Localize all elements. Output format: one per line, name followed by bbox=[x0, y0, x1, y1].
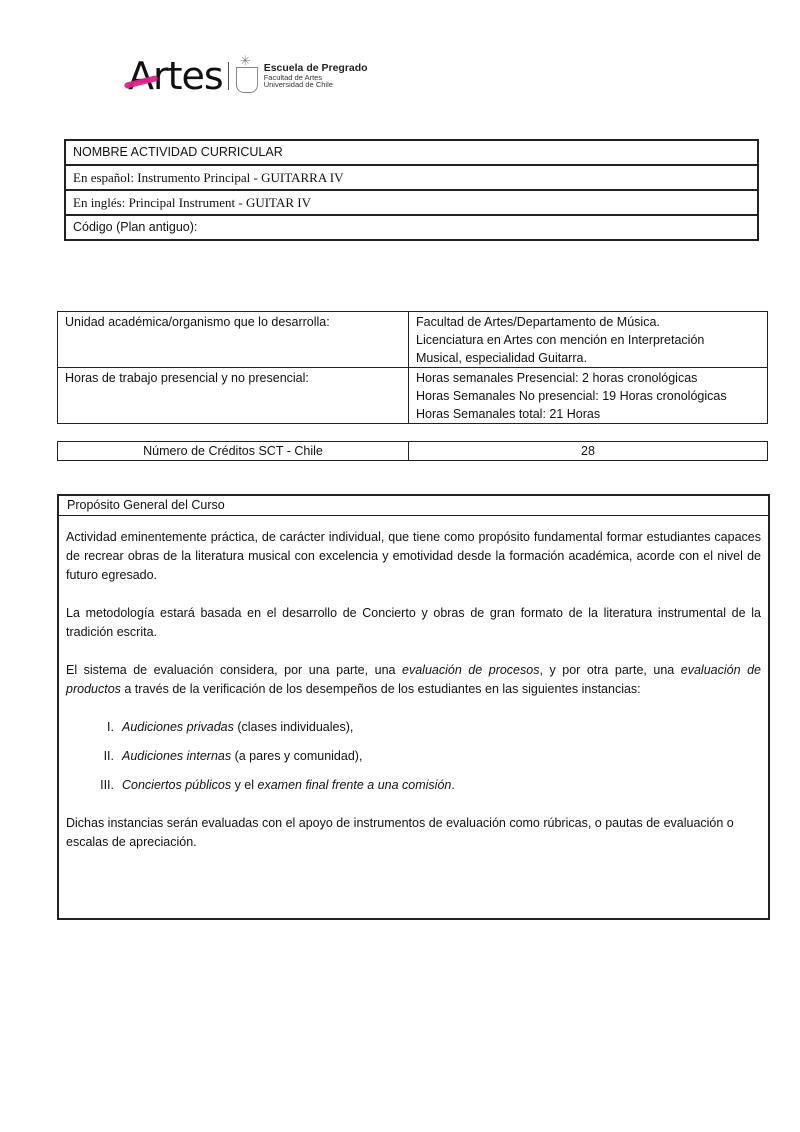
purpose-title: Propósito General del Curso bbox=[59, 496, 768, 516]
horas-label: Horas de trabajo presencial y no presenc… bbox=[58, 368, 409, 424]
course-name-title: NOMBRE ACTIVIDAD CURRICULAR bbox=[65, 140, 758, 165]
horas-line: Horas semanales Presencial: 2 horas cron… bbox=[416, 369, 760, 387]
course-name-spanish: En español: Instrumento Principal - GUIT… bbox=[65, 165, 758, 190]
purpose-paragraph-4: Dichas instancias serán evaluadas con el… bbox=[66, 814, 761, 852]
purpose-body: Actividad eminentemente práctica, de car… bbox=[59, 516, 768, 852]
horas-value: Horas semanales Presencial: 2 horas cron… bbox=[409, 368, 768, 424]
logo-divider bbox=[228, 62, 229, 90]
logo-word: Artes bbox=[128, 54, 223, 98]
purpose-paragraph-2: La metodología estará basada en el desar… bbox=[66, 604, 761, 642]
course-code: Código (Plan antiguo): bbox=[65, 215, 758, 240]
course-name-english: En inglés: Principal Instrument - GUITAR… bbox=[65, 190, 758, 215]
unidad-line: Musical, especialidad Guitarra. bbox=[416, 349, 760, 367]
purpose-paragraph-3: El sistema de evaluación considera, por … bbox=[66, 661, 761, 699]
unidad-label: Unidad académica/organismo que lo desarr… bbox=[58, 312, 409, 368]
credits-table: Número de Créditos SCT - Chile 28 bbox=[57, 441, 768, 461]
list-item: I.Audiciones privadas (clases individual… bbox=[66, 718, 761, 737]
logo-wordmark: Artes bbox=[128, 57, 223, 95]
course-purpose-box: Propósito General del Curso Actividad em… bbox=[57, 494, 770, 920]
evaluation-instances-list: I.Audiciones privadas (clases individual… bbox=[66, 718, 761, 795]
unidad-value: Facultad de Artes/Departamento de Música… bbox=[409, 312, 768, 368]
course-info-table: Unidad académica/organismo que lo desarr… bbox=[57, 311, 768, 424]
course-name-table: NOMBRE ACTIVIDAD CURRICULAR En español: … bbox=[64, 139, 759, 241]
unidad-line: Licenciatura en Artes con mención en Int… bbox=[416, 331, 760, 349]
artes-logo: Artes ✳ Escuela de Pregrado Facultad de … bbox=[128, 54, 368, 98]
horas-line: Horas Semanales No presencial: 19 Horas … bbox=[416, 387, 760, 405]
credits-value: 28 bbox=[409, 442, 768, 461]
list-item: II.Audiciones internas (a pares y comuni… bbox=[66, 747, 761, 766]
university-crest-icon: ✳ bbox=[234, 59, 258, 93]
unidad-line: Facultad de Artes/Departamento de Música… bbox=[416, 313, 760, 331]
logo-text: Escuela de Pregrado Facultad de Artes Un… bbox=[264, 63, 368, 89]
horas-line: Horas Semanales total: 21 Horas bbox=[416, 405, 760, 423]
credits-label: Número de Créditos SCT - Chile bbox=[58, 442, 409, 461]
list-item: III.Conciertos públicos y el examen fina… bbox=[66, 776, 761, 795]
logo-line3: Universidad de Chile bbox=[264, 81, 368, 89]
purpose-paragraph-1: Actividad eminentemente práctica, de car… bbox=[66, 528, 761, 585]
